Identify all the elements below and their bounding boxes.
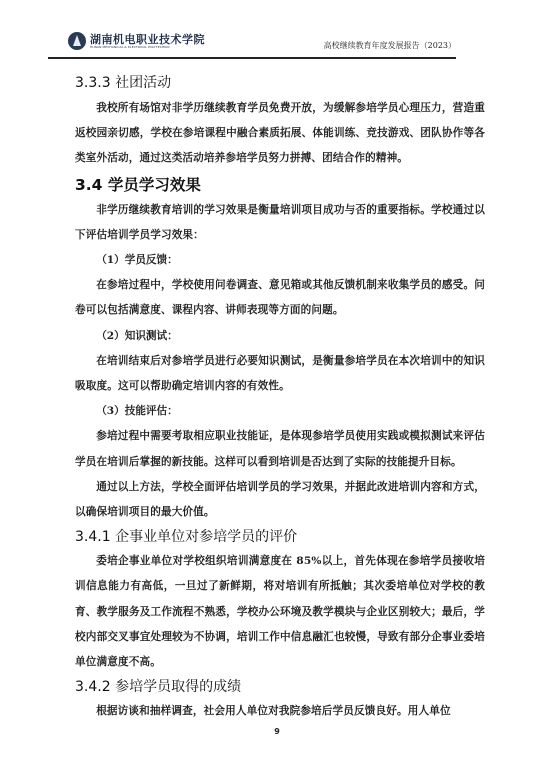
college-emblem-icon [68, 32, 86, 50]
section-heading-3-4-2: 3.4.2 参培学员取得的成绩 [75, 676, 485, 696]
paragraph-club-activities: 我校所有场馆对非学历继续教育学员免费开放，为缓解参培学员心理压力，营造重返校园亲… [75, 96, 485, 172]
paragraph-learning-effect-conclusion: 通过以上方法，学校全面评估培训学员的学习效果，并据此改进培训内容和方式，以确保培… [75, 475, 485, 525]
header-divider [48, 57, 456, 59]
report-title: 高校继续教育年度发展报告（2023） [324, 40, 456, 51]
paragraph-learning-effect-intro: 非学历继续教育培训的学习效果是衡量培训项目成功与否的重要指标。学校通过以下评估培… [75, 198, 485, 248]
college-name-cn: 湖南机电职业技术学院 [90, 34, 205, 45]
section-heading-3-4: 3.4 学员学习效果 [75, 173, 485, 195]
paragraph-trainee-achievements: 根据访谈和抽样调查，社会用人单位对我院参培后学员反馈良好。用人单位 [75, 699, 485, 724]
page-number: 9 [0, 727, 554, 736]
item-text-skill-assessment: 参培过程中需要考取相应职业技能证，是体现参培学员使用实践或模拟测试来评估学员在培… [75, 424, 485, 474]
item-label-skill-assessment: （3）技能评估： [75, 399, 485, 424]
page-header: 湖南机电职业技术学院 HUNAN MECHANICAL & ELECTRICAL… [48, 30, 456, 56]
page-body: 3.3.3 社团活动 我校所有场馆对非学历继续教育学员免费开放，为缓解参培学员心… [75, 70, 485, 724]
item-label-knowledge-test: （2）知识测试： [75, 324, 485, 349]
section-heading-3-3-3: 3.3.3 社团活动 [75, 72, 485, 92]
college-logo: 湖南机电职业技术学院 HUNAN MECHANICAL & ELECTRICAL… [68, 32, 205, 50]
item-text-knowledge-test: 在培训结束后对参培学员进行必要知识测试，是衡量参培学员在本次培训中的知识吸取度。… [75, 349, 485, 399]
item-text-feedback: 在参培过程中，学校使用问卷调查、意见箱或其他反馈机制来收集学员的感受。问卷可以包… [75, 273, 485, 323]
item-label-feedback: （1）学员反馈： [75, 248, 485, 273]
section-heading-3-4-1: 3.4.1 企事业单位对参培学员的评价 [75, 526, 485, 546]
paragraph-employer-evaluation: 委培企事业单位对学校组织培训满意度在 85%以上，首先体现在参培学员接收培训信息… [75, 549, 485, 675]
college-name-en: HUNAN MECHANICAL & ELECTRICAL POLYTECHNI… [90, 46, 205, 49]
